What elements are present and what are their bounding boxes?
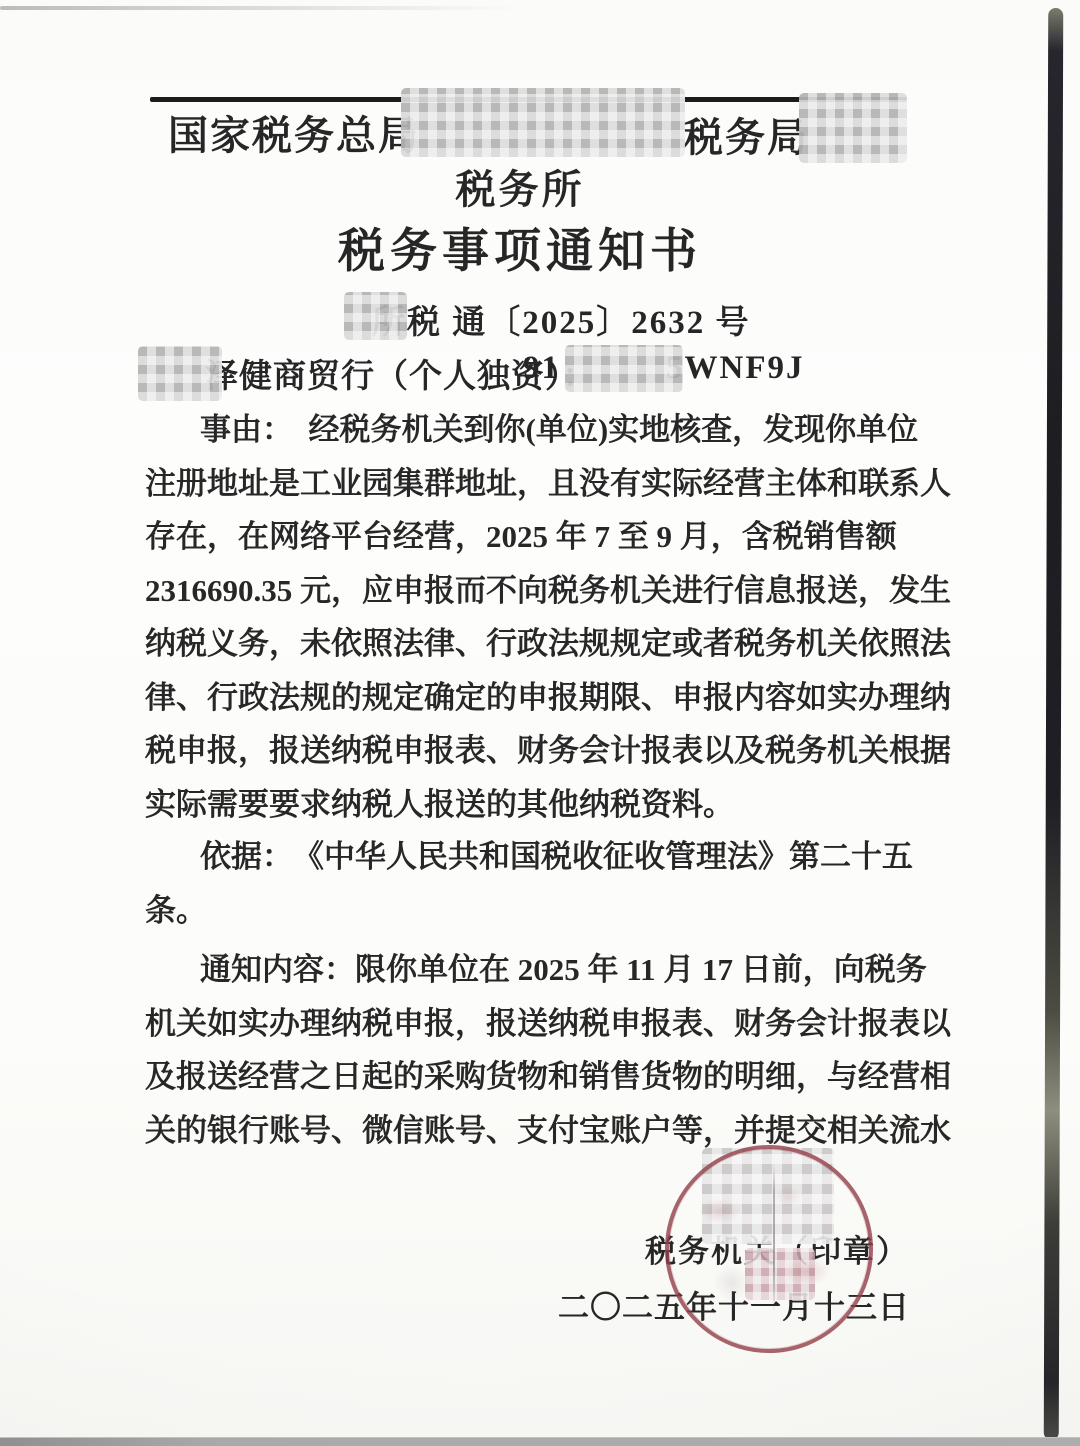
body-line: 机关如实办理纳税申报，报送纳税申报表、财务会计报表以 [145, 997, 882, 1051]
body-line: 纳税义务，未依照法律、行政法规规定或者税务机关依照法 [145, 617, 882, 671]
redaction-mosaic-recipient-name [138, 346, 222, 401]
issuer-name-part2: 税务局 [683, 106, 809, 163]
body-line: 及报送经营之日起的采购货物和销售货物的明细，与经营相 [145, 1050, 882, 1104]
body-paragraph-basis: 依据： 《中华人民共和国税收征收管理法》第二十五 条。 [145, 830, 882, 937]
paper-top-edge-shadow [0, 6, 520, 10]
credit-code-prefix: 91 [523, 350, 560, 387]
redaction-mosaic-doc-number [344, 292, 407, 340]
body-line: 通知内容：限你单位在 2025 年 11 月 17 日前，向税务 [145, 943, 882, 997]
redaction-mosaic-seal-top [702, 1148, 834, 1244]
tax-notice-document: 国家税务总局 税务局 税务所 税务事项通知书 所税 通〔2025〕2632 号 … [0, 0, 1080, 1446]
body-paragraph-notice-content: 通知内容：限你单位在 2025 年 11 月 17 日前，向税务 机关如实办理纳… [145, 943, 882, 1157]
body-line: 存在，在网络平台经营，2025 年 7 至 9 月，含税销售额 [145, 510, 882, 564]
body-line: 实际需要要求纳税人报送的其他纳税资料。 [145, 778, 882, 832]
redaction-mosaic-issuer-1 [401, 88, 685, 157]
issuer-line-2: 税务所 [0, 158, 1040, 206]
body-line: 律、行政法规的规定确定的申报期限、申报内容如实办理纳 [145, 671, 882, 725]
signature-date: 二〇二五年十一月十三日 [558, 1282, 910, 1327]
redaction-mosaic-seal-center [745, 1248, 815, 1300]
notice-title: 税务事项通知书 [0, 214, 1040, 272]
body-paragraph-reason: 事由： 经税务机关到你(单位)实地核查，发现你单位 注册地址是工业园集群地址，且… [145, 403, 882, 831]
body-line: 依据： 《中华人民共和国税收征收管理法》第二十五 [145, 830, 882, 884]
issuer-name-part1: 国家税务总局 [168, 104, 420, 161]
doc-number: 所税 通〔2025〕2632 号 [372, 296, 751, 343]
body-line: 注册地址是工业园集群地址，且没有实际经营主体和联系人 [145, 457, 882, 511]
credit-code-suffix: 5WNF9J [666, 350, 805, 387]
body-line: 事由： 经税务机关到你(单位)实地核查，发现你单位 [145, 403, 882, 457]
body-line: 税申报，报送纳税申报表、财务会计报表以及税务机关根据 [145, 724, 882, 778]
redaction-mosaic-credit-code [565, 345, 683, 392]
redaction-mosaic-issuer-2 [799, 93, 907, 163]
paper-right-edge [1044, 8, 1063, 1440]
body-line: 2316690.35 元，应申报而不向税务机关进行信息报送，发生 [145, 564, 882, 618]
body-line: 条。 [145, 884, 882, 938]
photo-bottom-edge-bar [0, 1437, 1080, 1446]
